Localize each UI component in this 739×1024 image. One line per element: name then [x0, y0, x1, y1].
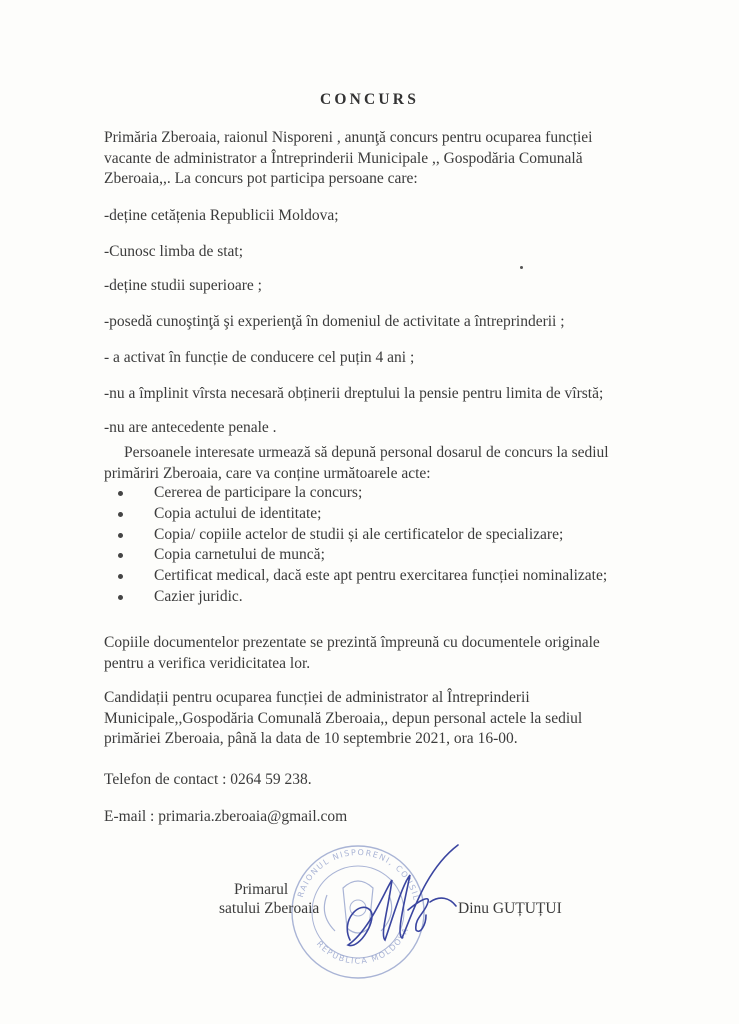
bullet-icon: [118, 491, 123, 496]
list-item: Copia carnetului de muncă;: [118, 545, 607, 566]
bullet-icon: [118, 553, 123, 558]
intro-line: Zberoaia,,. La concurs pot participa per…: [104, 169, 593, 190]
requirement-item: - a activat în funcție de conducere cel …: [104, 349, 414, 367]
list-item: Copia actului de identitate;: [118, 504, 607, 525]
document-page: CONCURS Primăria Zberoaia, raionul Nispo…: [0, 0, 739, 1024]
list-item: Cazier juridic.: [118, 587, 607, 608]
contact-phone: Telefon de contact : 0264 59 238.: [104, 770, 312, 791]
bullet-icon: [118, 595, 123, 600]
submission-note: Persoanele interesate urmează să depună …: [104, 443, 609, 484]
list-item: Certificat medical, dacă este apt pentru…: [118, 566, 607, 587]
intro-line: Primăria Zberoaia, raionul Nisporeni , a…: [104, 128, 593, 149]
candidates-note: Candidații pentru ocuparea funcției de a…: [104, 688, 582, 750]
requirement-item: -deține cetățenia Republicii Moldova;: [104, 207, 339, 225]
mayor-name: Dinu GUȚUȚUI: [458, 899, 562, 919]
mayor-title-line2: satului Zberoaia: [219, 899, 319, 919]
note-line: primăriri Zberoaia, care va conține urmă…: [104, 464, 609, 485]
list-item: Copia/ copiile actelor de studii și ale …: [118, 525, 607, 546]
list-item: Cererea de participare la concurs;: [118, 483, 607, 504]
requirement-item: -Cunosc limba de stat;: [104, 243, 243, 261]
intro-line: vacante de administrator a Întreprinderi…: [104, 149, 593, 170]
document-title: CONCURS: [0, 91, 739, 109]
requirement-item: -nu are antecedente penale .: [104, 419, 277, 437]
bullet-icon: [118, 574, 123, 579]
requirement-item: -nu a împlinit vîrsta necesară obținerii…: [104, 385, 603, 403]
bullet-icon: [118, 512, 123, 517]
contact-email: E-mail : primaria.zberoaia@gmail.com: [104, 807, 347, 828]
required-documents-list: Cererea de participare la concurs; Copia…: [118, 483, 607, 608]
intro-paragraph: Primăria Zberoaia, raionul Nisporeni , a…: [104, 128, 593, 190]
note-line: Persoanele interesate urmează să depună …: [104, 443, 609, 464]
copies-note: Copiile documentelor prezentate se prezi…: [104, 633, 600, 674]
scan-speck: [520, 266, 523, 269]
requirement-item: -deține studii superioare ;: [104, 277, 262, 295]
bullet-icon: [118, 533, 123, 538]
mayor-title-line1: Primarul: [234, 880, 288, 900]
requirement-item: -posedă cunoştinţă şi experienţă în dome…: [104, 313, 565, 331]
